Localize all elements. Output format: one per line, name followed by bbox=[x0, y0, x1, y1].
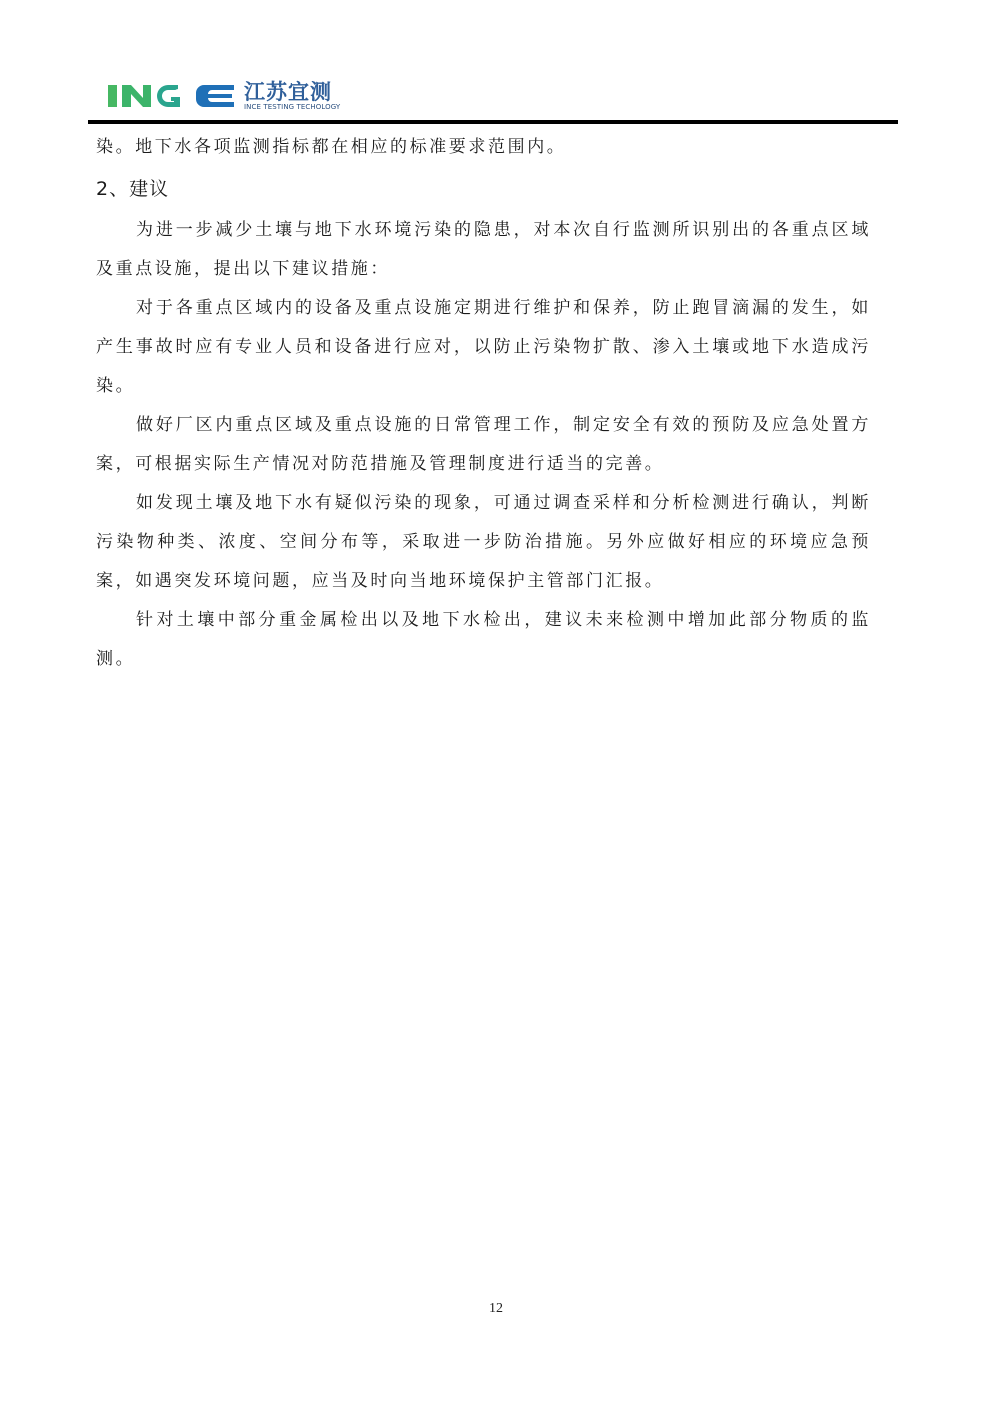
page-header: 江苏宜测 INCE TESTING TECHOLOGY bbox=[88, 76, 898, 126]
logo-english-name: INCE TESTING TECHOLOGY bbox=[244, 103, 340, 111]
header-rule bbox=[88, 120, 898, 124]
logo-text: 江苏宜测 INCE TESTING TECHOLOGY bbox=[244, 81, 340, 111]
section-heading: 2、建议 bbox=[96, 167, 871, 211]
paragraph-contamination-response: 如发现土壤及地下水有疑似污染的现象，可通过调查采样和分析检测进行确认，判断污染物… bbox=[96, 484, 871, 601]
paragraph-heavy-metals: 针对土壤中部分重金属检出以及地下水检出，建议未来检测中增加此部分物质的监测。 bbox=[96, 601, 871, 679]
continuation-paragraph: 染。地下水各项监测指标都在相应的标准要求范围内。 bbox=[96, 128, 871, 167]
ince-logo-mark-icon bbox=[108, 82, 236, 110]
company-logo: 江苏宜测 INCE TESTING TECHOLOGY bbox=[108, 80, 340, 112]
paragraph-intro: 为进一步减少土壤与地下水环境污染的隐患，对本次自行监测所识别出的各重点区域及重点… bbox=[96, 211, 871, 289]
logo-chinese-name: 江苏宜测 bbox=[244, 81, 340, 103]
page-number: 12 bbox=[0, 1301, 992, 1317]
document-body: 染。地下水各项监测指标都在相应的标准要求范围内。 2、建议 为进一步减少土壤与地… bbox=[96, 128, 871, 679]
paragraph-maintenance: 对于各重点区域内的设备及重点设施定期进行维护和保养，防止跑冒滴漏的发生，如产生事… bbox=[96, 289, 871, 406]
paragraph-management: 做好厂区内重点区域及重点设施的日常管理工作，制定安全有效的预防及应急处置方案，可… bbox=[96, 406, 871, 484]
